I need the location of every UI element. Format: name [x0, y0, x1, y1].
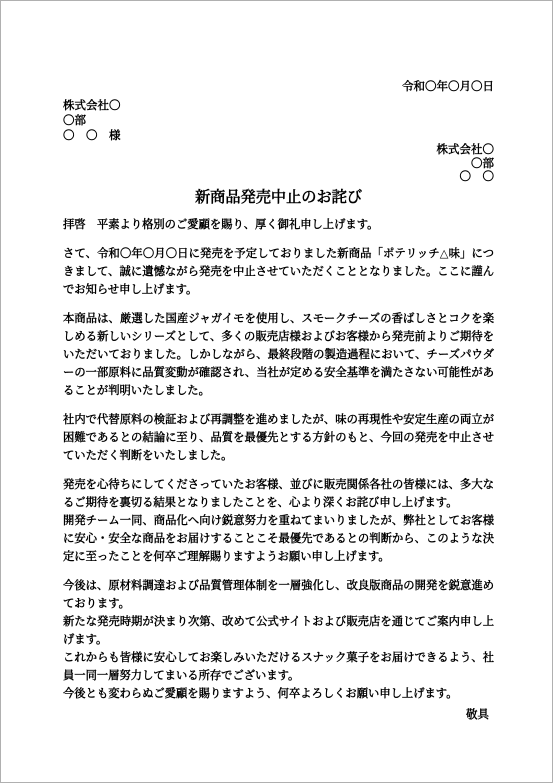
recipient-department: 〇部: [63, 113, 494, 128]
recipient-company: 株式会社〇: [63, 98, 494, 113]
sender-company: 株式会社〇: [63, 143, 494, 157]
letter-body: 拝啓 平素より格別のご愛顧を賜り、厚く御礼申し上げます。 さて、令和〇年〇月〇日…: [63, 216, 494, 703]
paragraph-future-plans: 今後は、原材料調達および品質管理体制を一層強化し、改良版商品の開発を鋭意進めてお…: [63, 577, 494, 703]
paragraph-salutation: 拝啓 平素より格別のご愛顧を賜り、厚く御礼申し上げます。: [63, 216, 494, 234]
paragraph-announcement: さて、令和〇年〇月〇日に発売を予定しておりました新商品「ポテリッチ△味」につきま…: [63, 245, 494, 299]
sender-person: 〇 〇: [63, 170, 494, 184]
sender-block: 株式会社〇 〇部 〇 〇: [63, 143, 494, 184]
recipient-person: 〇 〇 様: [63, 128, 494, 143]
letter-title: 新商品発売中止のお詫び: [63, 187, 494, 207]
letter-content: 令和〇年〇月〇日 株式会社〇 〇部 〇 〇 様 株式会社〇 〇部 〇 〇 新商品…: [1, 79, 552, 723]
recipient-block: 株式会社〇 〇部 〇 〇 様: [63, 98, 494, 143]
paragraph-apology: 発売を心待ちにしてくださっていたお客様、並びに販売関係各社の皆様には、多大なるご…: [63, 476, 494, 566]
sender-department: 〇部: [63, 157, 494, 171]
paragraph-decision: 社内で代替原料の検証および再調整を進めましたが、味の再現性や安定生産の両立が困難…: [63, 411, 494, 465]
closing-keigu: 敬具: [63, 705, 494, 723]
letter-page: 令和〇年〇月〇日 株式会社〇 〇部 〇 〇 様 株式会社〇 〇部 〇 〇 新商品…: [0, 0, 553, 783]
date-line: 令和〇年〇月〇日: [63, 79, 494, 93]
paragraph-product-background: 本商品は、厳選した国産ジャガイモを使用し、スモークチーズの香ばしさとコクを楽しめ…: [63, 310, 494, 400]
